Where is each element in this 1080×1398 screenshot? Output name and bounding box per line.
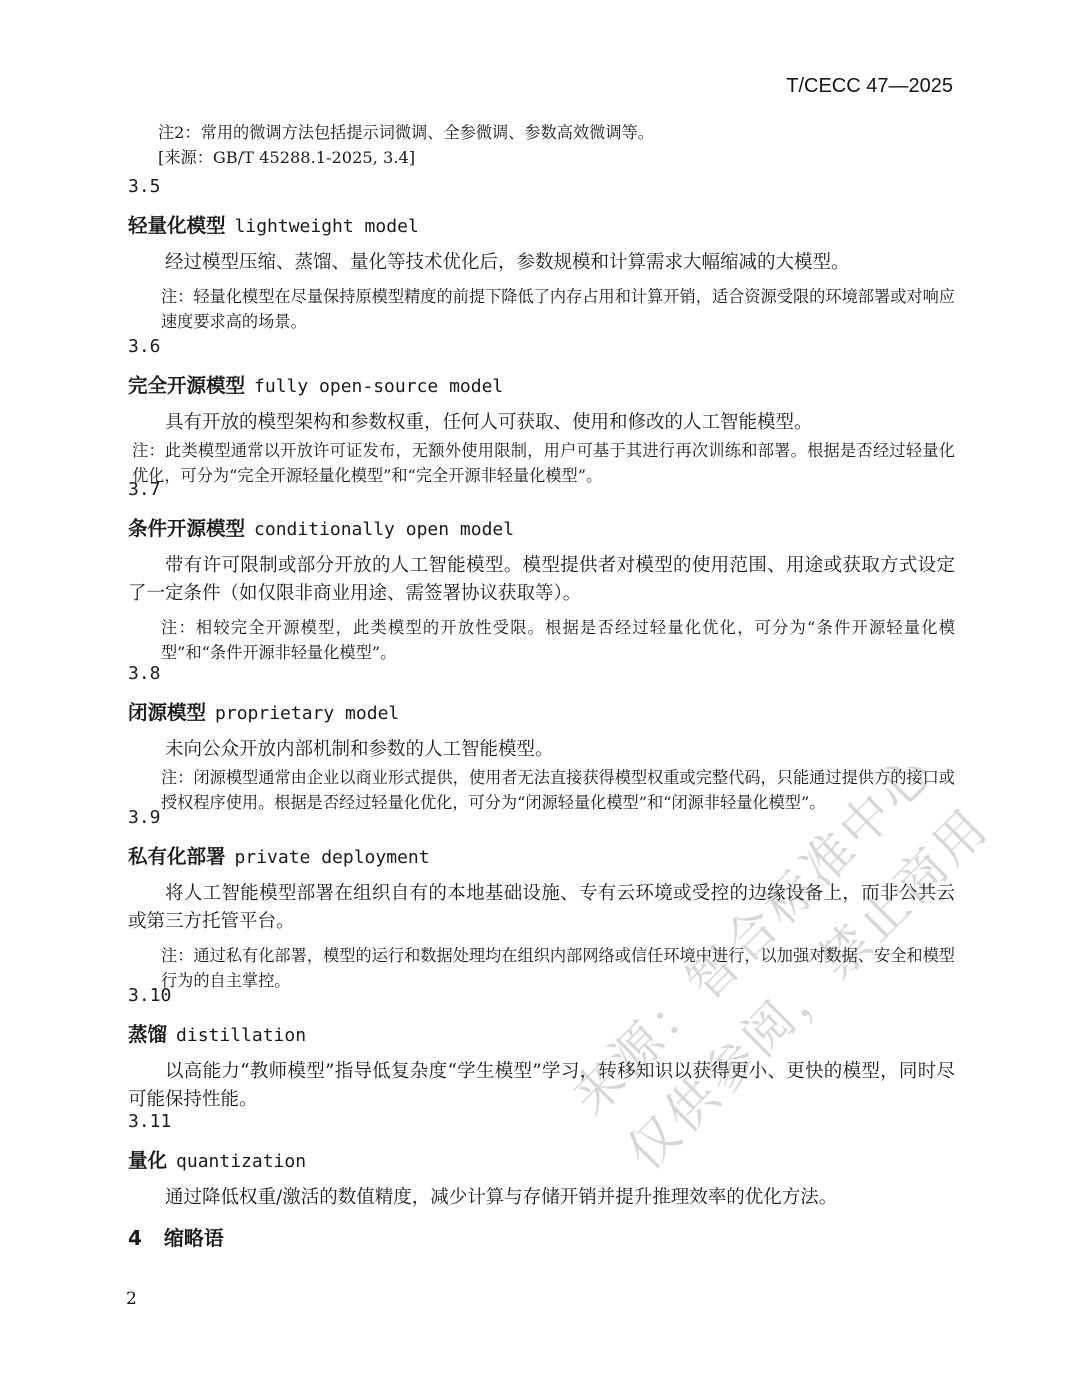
term-heading: 轻量化模型lightweight model	[128, 212, 955, 240]
term-definition: 以高能力“教师模型”指导低复杂度“学生模型”学习，转移知识以获得更小、更快的模型…	[128, 1058, 955, 1114]
clause-4-title: 缩略语	[164, 1226, 224, 1250]
term-section-3-11: 3.11 量化quantization 通过降低权重/激活的数值精度，减少计算与…	[128, 1110, 955, 1212]
term-definition: 未向公众开放内部机制和参数的人工智能模型。	[128, 736, 955, 764]
note-2: 注2：常用的微调方法包括提示词微调、全参微调、参数高效微调等。	[158, 120, 955, 145]
term-section-3-5: 3.5 轻量化模型lightweight model 经过模型压缩、蒸馏、量化等…	[128, 175, 955, 334]
clause-number: 3.5	[128, 175, 955, 199]
page-number: 2	[126, 1288, 137, 1310]
term-definition: 通过降低权重/激活的数值精度，减少计算与存储开销并提升推理效率的优化方法。	[128, 1184, 955, 1212]
term-section-3-9: 3.9 私有化部署private deployment 将人工智能模型部署在组织…	[128, 806, 955, 993]
term-heading: 私有化部署private deployment	[128, 843, 955, 871]
document-page: 来源：智合标准中心 仅供参阅，禁止商用 T/CECC 47—2025 注2：常用…	[0, 0, 1080, 1398]
term-zh: 量化	[128, 1149, 167, 1172]
clause-number: 3.8	[128, 662, 955, 686]
term-definition: 将人工智能模型部署在组织自有的本地基础设施、专有云环境或受控的边缘设备上，而非公…	[128, 880, 955, 936]
term-en: quantization	[176, 1151, 306, 1172]
term-section-3-8: 3.8 闭源模型proprietary model 未向公众开放内部机制和参数的…	[128, 662, 955, 815]
doc-code-header: T/CECC 47—2025	[786, 74, 953, 98]
term-note: 注：相较完全开源模型，此类模型的开放性受限。根据是否经过轻量化优化，可分为“条件…	[161, 615, 955, 665]
term-heading: 蒸馏distillation	[128, 1021, 955, 1049]
term-heading: 量化quantization	[128, 1147, 955, 1175]
term-section-3-7: 3.7 条件开源模型conditionally open model 带有许可限…	[128, 478, 955, 665]
term-heading: 完全开源模型fully open-source model	[128, 372, 955, 400]
term-en: lightweight model	[235, 216, 419, 237]
term-heading: 条件开源模型conditionally open model	[128, 515, 955, 543]
term-definition: 经过模型压缩、蒸馏、量化等技术优化后，参数规模和计算需求大幅缩减的大模型。	[128, 249, 955, 277]
term-en: distillation	[176, 1025, 306, 1046]
term-heading: 闭源模型proprietary model	[128, 699, 955, 727]
term-section-3-6: 3.6 完全开源模型fully open-source model 具有开放的模…	[128, 335, 955, 488]
clause-number: 3.9	[128, 806, 955, 830]
source-reference: [来源：GB/T 45288.1-2025, 3.4]	[158, 145, 955, 170]
clause-number: 3.6	[128, 335, 955, 359]
term-en: proprietary model	[215, 703, 399, 724]
term-en: fully open-source model	[254, 376, 503, 397]
term-zh: 蒸馏	[128, 1023, 167, 1046]
term-en: private deployment	[235, 847, 430, 868]
clause-number: 3.7	[128, 478, 955, 502]
clause-number: 3.11	[128, 1110, 955, 1134]
term-zh: 完全开源模型	[128, 374, 245, 397]
clause-number: 3.10	[128, 984, 955, 1008]
term-en: conditionally open model	[254, 519, 514, 540]
term-zh: 轻量化模型	[128, 214, 226, 237]
term-zh: 私有化部署	[128, 845, 226, 868]
term-note: 注：轻量化模型在尽量保持原模型精度的前提下降低了内存占用和计算开销，适合资源受限…	[161, 284, 955, 334]
term-definition: 带有许可限制或部分开放的人工智能模型。模型提供者对模型的使用范围、用途或获取方式…	[128, 552, 955, 608]
term-definition: 具有开放的模型架构和参数权重，任何人可获取、使用和修改的人工智能模型。	[128, 409, 955, 437]
clause-4-number: 4	[128, 1226, 142, 1250]
term-section-3-10: 3.10 蒸馏distillation 以高能力“教师模型”指导低复杂度“学生模…	[128, 984, 955, 1114]
term-zh: 条件开源模型	[128, 517, 245, 540]
carryover-note-block: 注2：常用的微调方法包括提示词微调、全参微调、参数高效微调等。 [来源：GB/T…	[128, 120, 955, 170]
clause-4-heading: 4缩略语	[128, 1224, 224, 1252]
term-zh: 闭源模型	[128, 701, 206, 724]
